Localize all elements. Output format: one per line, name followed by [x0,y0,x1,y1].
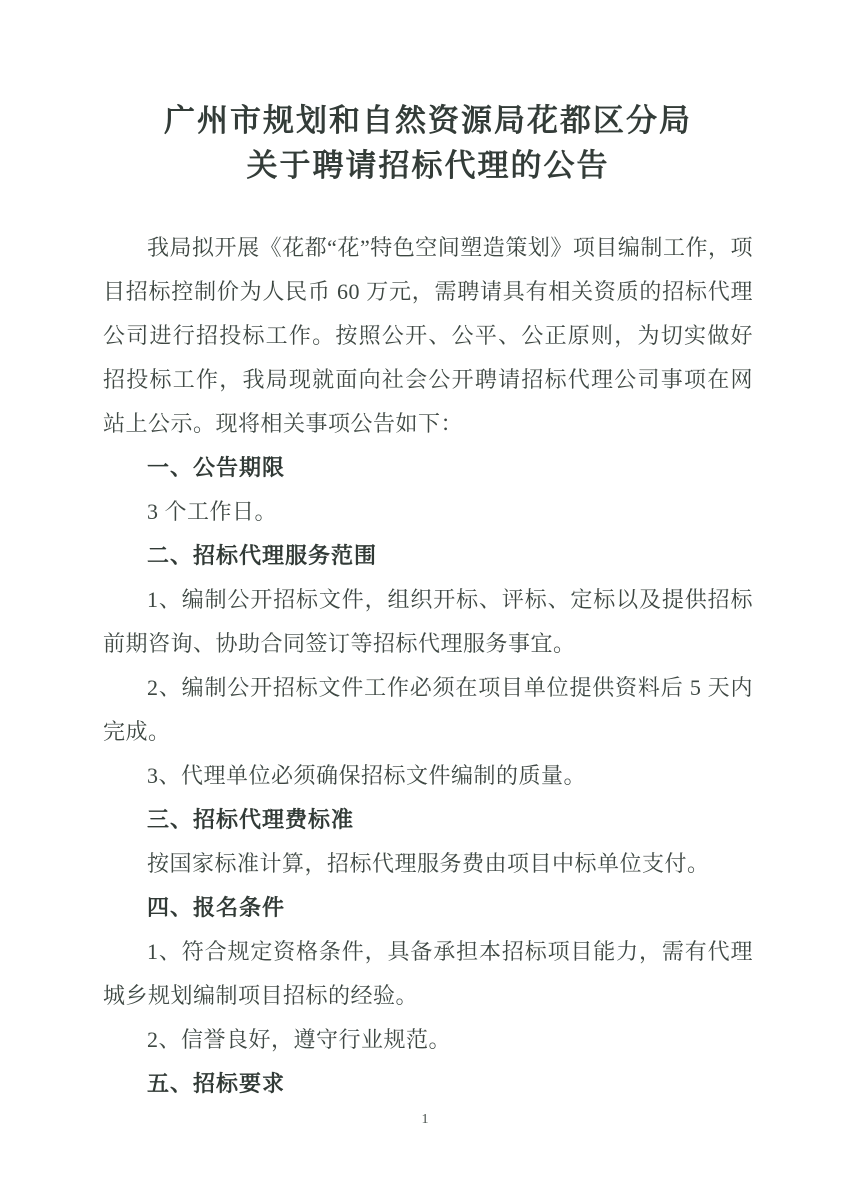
section-heading: 三、招标代理费标准 [103,798,753,842]
document-content: 广州市规划和自然资源局花都区分局 关于聘请招标代理的公告 我局拟开展《花都“花”… [103,98,753,1106]
page-number: 1 [0,1112,850,1128]
section-heading: 二、招标代理服务范围 [103,534,753,578]
body-paragraph: 2、信誉良好，遵守行业规范。 [103,1018,753,1062]
section-heading: 四、报名条件 [103,886,753,930]
document-title-line1: 广州市规划和自然资源局花都区分局 [103,98,753,143]
body-paragraph: 2、编制公开招标文件工作必须在项目单位提供资料后 5 天内完成。 [103,666,753,754]
section-heading: 五、招标要求 [103,1062,753,1106]
document-page: 广州市规划和自然资源局花都区分局 关于聘请招标代理的公告 我局拟开展《花都“花”… [0,0,850,1203]
body-paragraph: 1、符合规定资格条件，具备承担本招标项目能力，需有代理城乡规划编制项目招标的经验… [103,930,753,1018]
body-paragraph: 按国家标准计算，招标代理服务费由项目中标单位支付。 [103,842,753,886]
document-title-line2: 关于聘请招标代理的公告 [103,143,753,188]
document-title: 广州市规划和自然资源局花都区分局 关于聘请招标代理的公告 [103,98,753,188]
body-paragraph: 3、代理单位必须确保招标文件编制的质量。 [103,754,753,798]
body-paragraph: 1、编制公开招标文件，组织开标、评标、定标以及提供招标前期咨询、协助合同签订等招… [103,578,753,666]
body-paragraph: 我局拟开展《花都“花”特色空间塑造策划》项目编制工作，项目招标控制价为人民币 6… [103,226,753,446]
body-paragraph: 3 个工作日。 [103,490,753,534]
document-body: 我局拟开展《花都“花”特色空间塑造策划》项目编制工作，项目招标控制价为人民币 6… [103,226,753,1106]
section-heading: 一、公告期限 [103,446,753,490]
